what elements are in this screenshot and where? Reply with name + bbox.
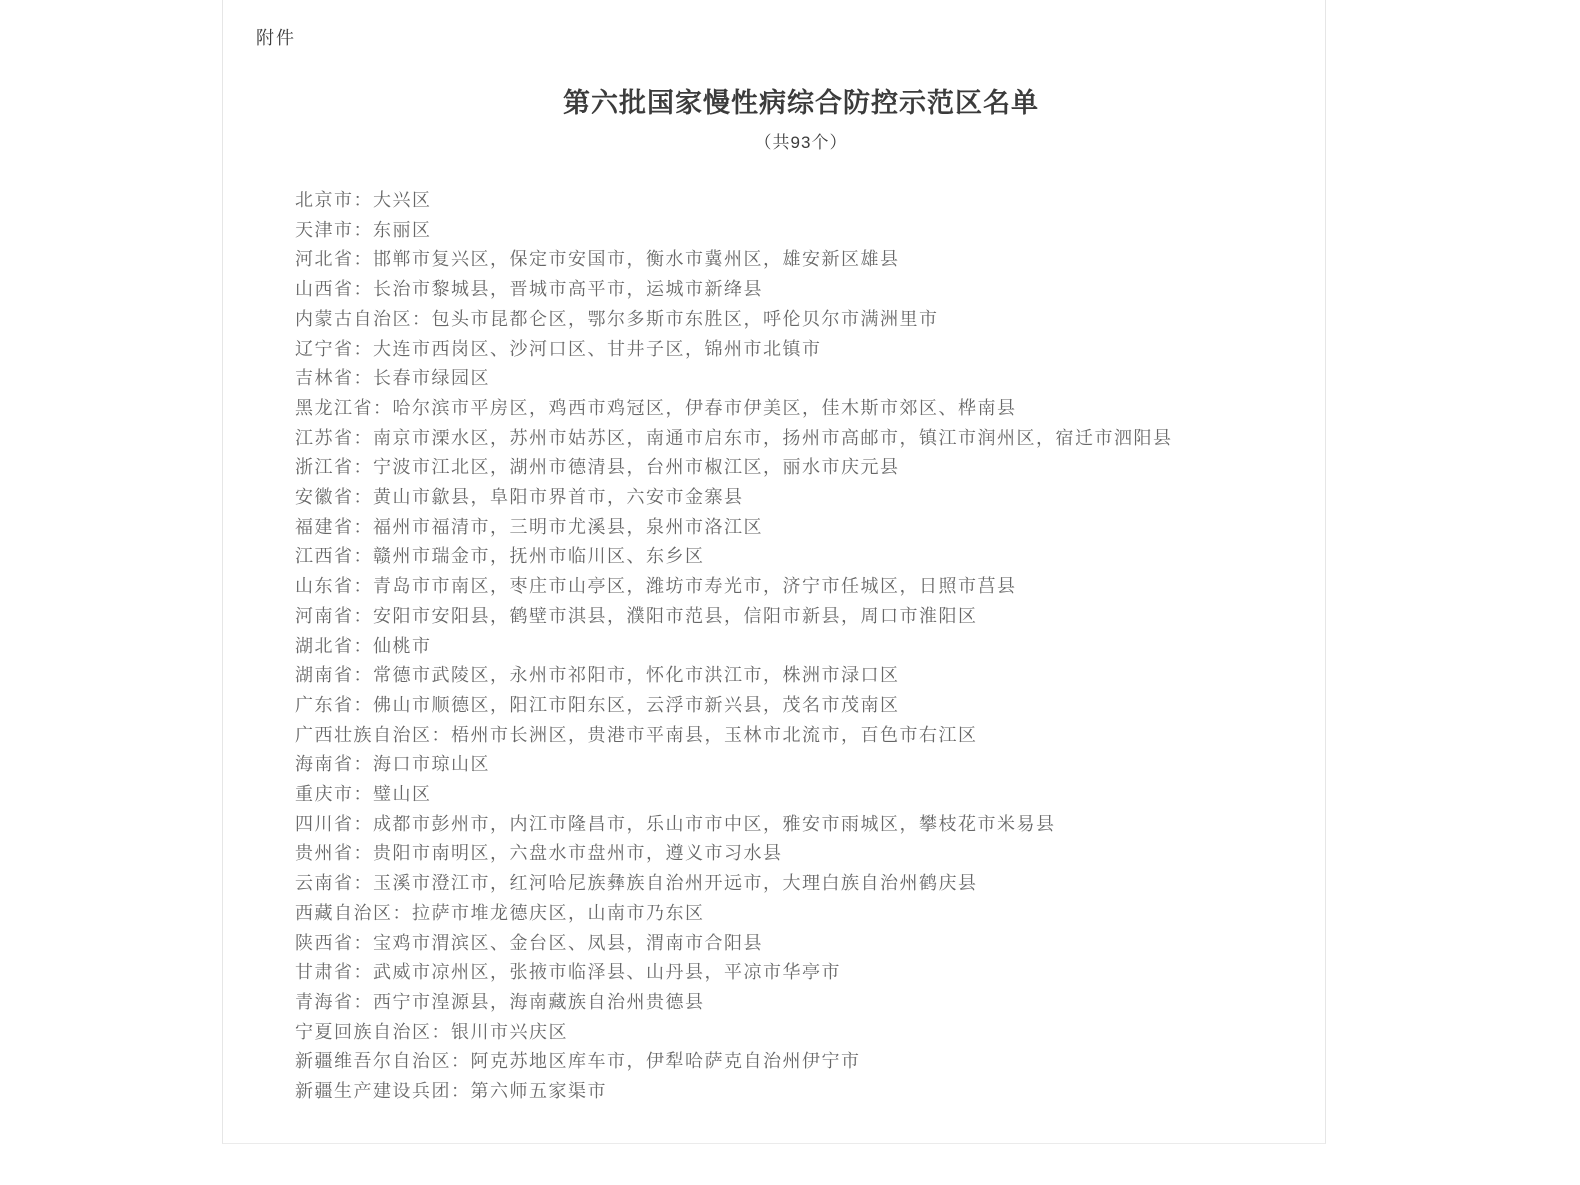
region-name: 重庆市： [295,784,373,804]
region-list-item: 江西省：赣州市瑞金市，抚州市临川区、东乡区 [295,542,1307,572]
region-name: 陕西省： [295,933,373,953]
region-name: 内蒙古自治区： [295,309,432,329]
region-areas: 拉萨市堆龙德庆区，山南市乃东区 [412,903,705,923]
region-areas: 大兴区 [373,190,432,210]
region-name: 广西壮族自治区： [295,725,451,745]
region-areas: 大连市西岗区、沙河口区、甘井子区，锦州市北镇市 [373,339,822,359]
region-name: 江苏省： [295,428,373,448]
region-name: 天津市： [295,220,373,240]
region-areas: 第六师五家渠市 [471,1081,608,1101]
region-list-item: 北京市：大兴区 [295,186,1307,216]
region-list-item: 内蒙古自治区：包头市昆都仑区，鄂尔多斯市东胜区，呼伦贝尔市满洲里市 [295,305,1307,335]
region-name: 青海省： [295,992,373,1012]
region-list-item: 黑龙江省：哈尔滨市平房区，鸡西市鸡冠区，伊春市伊美区，佳木斯市郊区、桦南县 [295,394,1307,424]
region-list-item: 四川省：成都市彭州市，内江市隆昌市，乐山市市中区，雅安市雨城区，攀枝花市米易县 [295,810,1307,840]
region-list-item: 广东省：佛山市顺德区，阳江市阳东区，云浮市新兴县，茂名市茂南区 [295,691,1307,721]
region-areas: 阿克苏地区库车市，伊犁哈萨克自治州伊宁市 [471,1051,861,1071]
region-areas: 包头市昆都仑区，鄂尔多斯市东胜区，呼伦贝尔市满洲里市 [432,309,939,329]
region-name: 福建省： [295,517,373,537]
region-areas: 西宁市湟源县，海南藏族自治州贵德县 [373,992,705,1012]
region-areas: 梧州市长洲区，贵港市平南县，玉林市北流市，百色市右江区 [451,725,978,745]
document-content: 第六批国家慢性病综合防控示范区名单 （共93个） 北京市：大兴区 天津市：东丽区… [223,88,1325,1107]
region-list-item: 湖南省：常德市武陵区，永州市祁阳市，怀化市洪江市，株洲市渌口区 [295,661,1307,691]
region-name: 吉林省： [295,368,373,388]
region-list-item: 安徽省：黄山市歙县，阜阳市界首市，六安市金寨县 [295,483,1307,513]
region-list-item: 河南省：安阳市安阳县，鹤壁市淇县，濮阳市范县，信阳市新县，周口市淮阳区 [295,602,1307,632]
region-list-item: 山西省：长治市黎城县，晋城市高平市，运城市新绛县 [295,275,1307,305]
region-areas: 璧山区 [373,784,432,804]
region-list-item: 新疆维吾尔自治区：阿克苏地区库车市，伊犁哈萨克自治州伊宁市 [295,1047,1307,1077]
region-name: 河南省： [295,606,373,626]
region-name: 浙江省： [295,457,373,477]
region-name: 北京市： [295,190,373,210]
region-areas: 安阳市安阳县，鹤壁市淇县，濮阳市范县，信阳市新县，周口市淮阳区 [373,606,978,626]
region-name: 山东省： [295,576,373,596]
region-areas: 玉溪市澄江市，红河哈尼族彝族自治州开远市，大理白族自治州鹤庆县 [373,873,978,893]
region-name: 湖北省： [295,636,373,656]
region-areas: 常德市武陵区，永州市祁阳市，怀化市洪江市，株洲市渌口区 [373,665,900,685]
region-list-item: 福建省：福州市福清市，三明市尤溪县，泉州市洛江区 [295,513,1307,543]
region-list-item: 贵州省：贵阳市南明区，六盘水市盘州市，遵义市习水县 [295,839,1307,869]
document-title: 第六批国家慢性病综合防控示范区名单 [295,88,1307,119]
region-areas: 福州市福清市，三明市尤溪县，泉州市洛江区 [373,517,763,537]
region-areas: 青岛市市南区，枣庄市山亭区，潍坊市寿光市，济宁市任城区，日照市莒县 [373,576,1017,596]
region-areas: 海口市琼山区 [373,754,490,774]
region-list-item: 浙江省：宁波市江北区，湖州市德清县，台州市椒江区，丽水市庆元县 [295,453,1307,483]
region-list-item: 河北省：邯郸市复兴区，保定市安国市，衡水市冀州区，雄安新区雄县 [295,245,1307,275]
region-name: 广东省： [295,695,373,715]
document-subtitle: （共93个） [295,132,1307,153]
region-name: 新疆维吾尔自治区： [295,1051,471,1071]
region-areas: 贵阳市南明区，六盘水市盘州市，遵义市习水县 [373,843,783,863]
region-areas: 长治市黎城县，晋城市高平市，运城市新绛县 [373,279,763,299]
region-name: 宁夏回族自治区： [295,1022,451,1042]
region-areas: 东丽区 [373,220,432,240]
region-list-item: 新疆生产建设兵团：第六师五家渠市 [295,1077,1307,1107]
region-name: 海南省： [295,754,373,774]
region-areas: 宝鸡市渭滨区、金台区、凤县，渭南市合阳县 [373,933,763,953]
region-areas: 南京市溧水区，苏州市姑苏区，南通市启东市，扬州市高邮市，镇江市润州区，宿迁市泗阳… [373,428,1173,448]
region-list-item: 重庆市：璧山区 [295,780,1307,810]
region-areas: 长春市绿园区 [373,368,490,388]
region-list-item: 天津市：东丽区 [295,216,1307,246]
region-list-item: 甘肃省：武威市凉州区，张掖市临泽县、山丹县，平凉市华亭市 [295,958,1307,988]
region-name: 贵州省： [295,843,373,863]
region-name: 河北省： [295,249,373,269]
region-areas: 佛山市顺德区，阳江市阳东区，云浮市新兴县，茂名市茂南区 [373,695,900,715]
attachment-label: 附件 [256,27,1325,49]
region-list-item: 宁夏回族自治区：银川市兴庆区 [295,1018,1307,1048]
region-areas: 赣州市瑞金市，抚州市临川区、东乡区 [373,546,705,566]
region-areas: 宁波市江北区，湖州市德清县，台州市椒江区，丽水市庆元县 [373,457,900,477]
region-areas: 成都市彭州市，内江市隆昌市，乐山市市中区，雅安市雨城区，攀枝花市米易县 [373,814,1056,834]
region-list-item: 云南省：玉溪市澄江市，红河哈尼族彝族自治州开远市，大理白族自治州鹤庆县 [295,869,1307,899]
region-areas: 邯郸市复兴区，保定市安国市，衡水市冀州区，雄安新区雄县 [373,249,900,269]
region-name: 云南省： [295,873,373,893]
region-name: 安徽省： [295,487,373,507]
region-areas: 仙桃市 [373,636,432,656]
region-list-item: 海南省：海口市琼山区 [295,750,1307,780]
region-list-item: 西藏自治区：拉萨市堆龙德庆区，山南市乃东区 [295,899,1307,929]
region-name: 西藏自治区： [295,903,412,923]
region-areas: 银川市兴庆区 [451,1022,568,1042]
region-name: 辽宁省： [295,339,373,359]
region-list-item: 山东省：青岛市市南区，枣庄市山亭区，潍坊市寿光市，济宁市任城区，日照市莒县 [295,572,1307,602]
region-areas: 黄山市歙县，阜阳市界首市，六安市金寨县 [373,487,744,507]
attachment-document-card: 附件 第六批国家慢性病综合防控示范区名单 （共93个） 北京市：大兴区 天津市：… [222,0,1326,1144]
region-name: 四川省： [295,814,373,834]
region-list-item: 青海省：西宁市湟源县，海南藏族自治州贵德县 [295,988,1307,1018]
region-name: 新疆生产建设兵团： [295,1081,471,1101]
region-list-item: 吉林省：长春市绿园区 [295,364,1307,394]
region-list-item: 湖北省：仙桃市 [295,632,1307,662]
region-name: 山西省： [295,279,373,299]
region-list-item: 陕西省：宝鸡市渭滨区、金台区、凤县，渭南市合阳县 [295,929,1307,959]
region-list: 北京市：大兴区 天津市：东丽区 河北省：邯郸市复兴区，保定市安国市，衡水市冀州区… [295,186,1307,1107]
region-name: 甘肃省： [295,962,373,982]
region-list-item: 广西壮族自治区：梧州市长洲区，贵港市平南县，玉林市北流市，百色市右江区 [295,721,1307,751]
region-areas: 哈尔滨市平房区，鸡西市鸡冠区，伊春市伊美区，佳木斯市郊区、桦南县 [393,398,1017,418]
region-name: 湖南省： [295,665,373,685]
region-areas: 武威市凉州区，张掖市临泽县、山丹县，平凉市华亭市 [373,962,841,982]
region-list-item: 江苏省：南京市溧水区，苏州市姑苏区，南通市启东市，扬州市高邮市，镇江市润州区，宿… [295,424,1307,454]
region-list-item: 辽宁省：大连市西岗区、沙河口区、甘井子区，锦州市北镇市 [295,335,1307,365]
region-name: 江西省： [295,546,373,566]
region-name: 黑龙江省： [295,398,393,418]
